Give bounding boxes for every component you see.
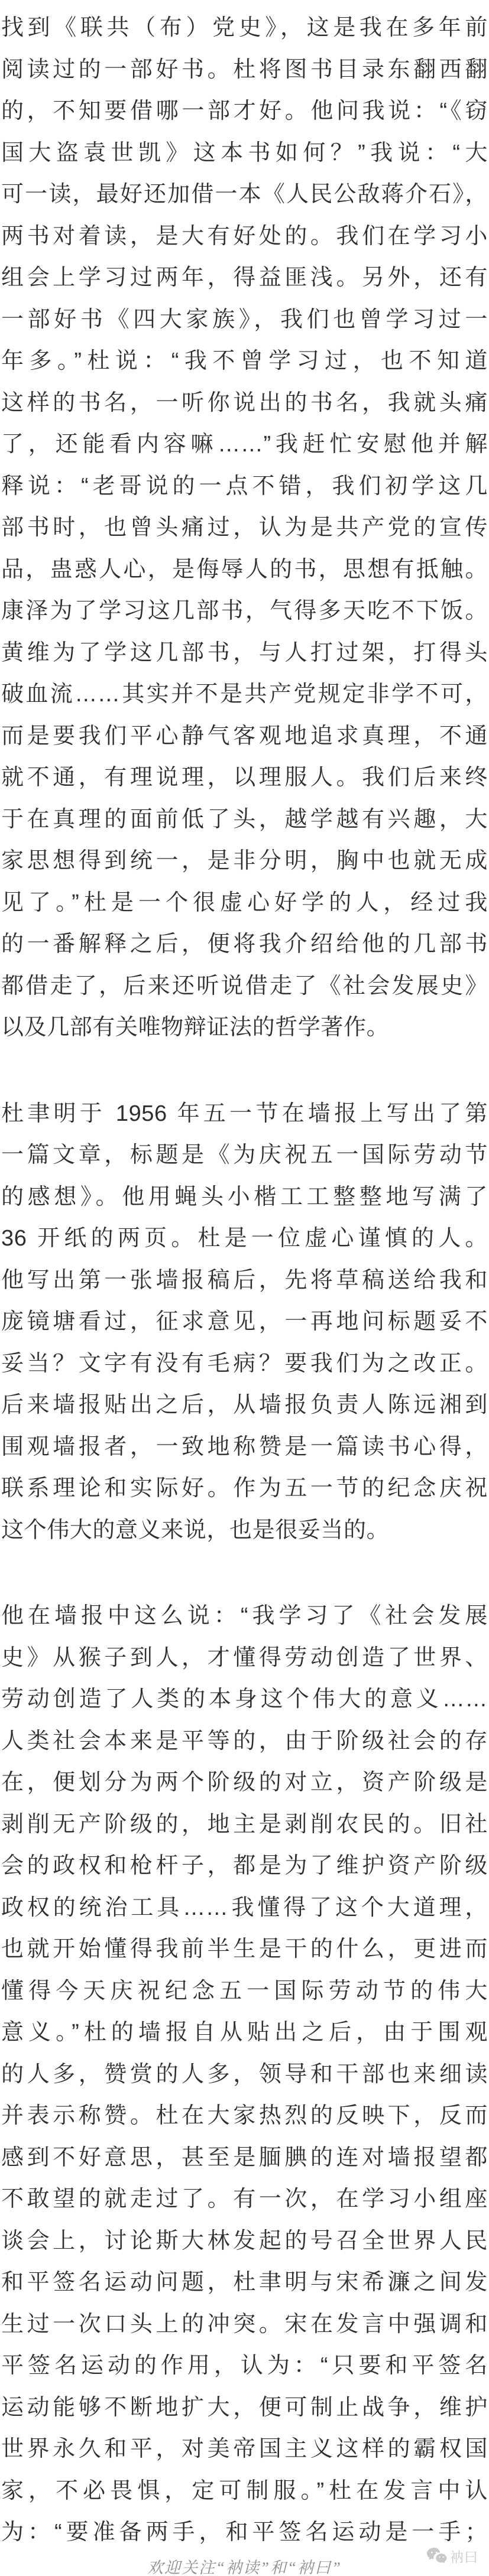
text-line: 康泽为了学习这几部书，气得多天吃不下饭。 bbox=[1, 590, 488, 632]
text-line: 他在墙报中这么说：“我学习了《社会发展 bbox=[1, 1595, 488, 1637]
text-line: 都借走了，后来还听说借走了《社会发展史》 bbox=[1, 965, 488, 1007]
paragraph: 杜聿明于 1956 年五一节在墙报上写出了第一篇文章，标题是《为庆祝五一国际劳动… bbox=[1, 1093, 488, 1552]
text-line: 围观墙报者，一致地称赞是一篇读书心得， bbox=[1, 1426, 488, 1468]
text-line: 黄维为了学这几部书，与人打过架，打得头 bbox=[1, 632, 488, 674]
text-line: 释说：“老哥说的一点不错，我们初学这几 bbox=[1, 466, 488, 508]
text-line: 并表示称赞。杜在大家热烈的反映下，反而 bbox=[1, 2095, 488, 2137]
text-line: 在，便划分为两个阶级的对立，资产阶级是 bbox=[1, 1762, 488, 1804]
text-line: 而是要我们平心静气客观地追求真理，不通 bbox=[1, 715, 488, 757]
text-line: 运动能够不断地扩大，便可制止战争，维护 bbox=[1, 2387, 488, 2429]
text-line: 为：“要准备两手，和平签名运动是一手； bbox=[1, 2512, 488, 2554]
text-line: 36 开纸的两页。杜是一位虚心谨慎的人。 bbox=[1, 1218, 488, 1260]
text-line: 就不通，有理说理，以理服人。我们后来终 bbox=[1, 757, 488, 799]
text-line: 庞镜塘看过，征求意见，一再地问标题妥不 bbox=[1, 1301, 488, 1343]
text-line: 意义。”杜的墙报自从贴出之后，由于围观 bbox=[1, 2012, 488, 2054]
text-line: 世界永久和平，对美帝国主义这样的霸权国 bbox=[1, 2428, 488, 2470]
article-page: { "page": { "background_color": "#ffffff… bbox=[0, 0, 489, 2576]
wechat-bubbles-icon bbox=[426, 2547, 448, 2565]
text-line: 见了。”杜是一个很虚心好学的人，经过我 bbox=[1, 882, 488, 924]
page-footer: 欢迎关注“衲读”和“衲曰” 衲曰 bbox=[0, 2554, 489, 2576]
text-line: 了，还能看内容嘛……”我赶忙安慰他并解 bbox=[1, 424, 488, 466]
article-body: 找到《联共（布）党史》，这是我在多年前阅读过的一部好书。杜将图书目录东翻西翻的，… bbox=[0, 0, 489, 2554]
brand-watermark: 衲曰 bbox=[426, 2546, 478, 2566]
text-line: 的，不知要借哪一部才好。他问我说：“《窃 bbox=[1, 90, 488, 132]
text-line: 组会上学习过两年，得益匪浅。另外，还有 bbox=[1, 257, 488, 299]
paragraph: 找到《联共（布）党史》，这是我在多年前阅读过的一部好书。杜将图书目录东翻西翻的，… bbox=[1, 7, 488, 1049]
brand-watermark-label: 衲曰 bbox=[450, 2546, 478, 2566]
text-line: 生过一次口头上的冲突。宋在发言中强调和 bbox=[1, 2304, 488, 2346]
text-line: 阅读过的一部好书。杜将图书目录东翻西翻 bbox=[1, 49, 488, 91]
text-line: 家，不必畏惧，定可制服。”杜在发言中认 bbox=[1, 2470, 488, 2512]
text-line: 这样的书名，一听你说出的书名，我就头痛 bbox=[1, 382, 488, 424]
paragraph: 他在墙报中这么说：“我学习了《社会发展史》从猴子到人，才懂得劳动创造了世界、劳动… bbox=[1, 1595, 488, 2554]
text-line: 杜聿明于 1956 年五一节在墙报上写出了第 bbox=[1, 1093, 488, 1135]
text-line: 两书对着读，是大有好处的。我们在学习小 bbox=[1, 216, 488, 258]
text-line: 劳动创造了人类的本身这个伟大的意义…… bbox=[1, 1679, 488, 1720]
text-line: 懂得今天庆祝纪念五一国际劳动节的伟大 bbox=[1, 1970, 488, 2012]
text-line: 也就开始懂得我前半生是干的什么，更进而 bbox=[1, 1928, 488, 1970]
text-line: 政权的统治工具……我懂得了这个大道理， bbox=[1, 1887, 488, 1929]
text-line: 以及几部有关唯物辩证法的哲学著作。 bbox=[1, 1007, 488, 1049]
text-line: 联系理论和实际好。作为五一节的纪念庆祝 bbox=[1, 1468, 488, 1510]
text-line: 可一读，最好还加借一本《人民公敌蒋介石》， bbox=[1, 174, 488, 216]
text-line: 感到不好意思，甚至是腼腆的连对墙报望都 bbox=[1, 2137, 488, 2179]
text-line: 一篇文章，标题是《为庆祝五一国际劳动节 bbox=[1, 1134, 488, 1176]
text-line: 家思想得到统一，是非分明，胸中也就无成 bbox=[1, 840, 488, 882]
text-line: 于在真理的面前低了头，越学越有兴趣，大 bbox=[1, 799, 488, 841]
text-line: 部书时，也曾头痛过，认为是共产党的宣传 bbox=[1, 507, 488, 549]
text-line: 破血流……其实并不是共产党规定非学不可， bbox=[1, 674, 488, 715]
text-line: 的人多，赞赏的人多，领导和干部也来细读 bbox=[1, 2054, 488, 2096]
text-line: 后来墙报贴出之后，从墙报负责人陈远湘到 bbox=[1, 1384, 488, 1426]
text-line: 的一番解释之后，便将我介绍给他的几部书 bbox=[1, 923, 488, 965]
text-line: 找到《联共（布）党史》，这是我在多年前 bbox=[1, 7, 488, 49]
text-line: 的感想》。他用蝇头小楷工工整整地写满了 bbox=[1, 1176, 488, 1218]
text-line: 这个伟大的意义来说，也是很妥当的。 bbox=[1, 1510, 488, 1552]
text-line: 妥当？文字有没有毛病？要我们为之改正。 bbox=[1, 1343, 488, 1385]
text-line: 不敢望的就走过了。有一次，在学习小组座 bbox=[1, 2178, 488, 2220]
footer-caption: 欢迎关注“衲读”和“衲曰” bbox=[0, 2555, 489, 2576]
text-line: 国大盗袁世凯》这本书如何？”我说：“大 bbox=[1, 132, 488, 174]
text-line: 和平签名运动问题，杜聿明与宋希濂之间发 bbox=[1, 2262, 488, 2304]
text-line: 谈会上，讨论斯大林发起的号召全世界人民 bbox=[1, 2220, 488, 2262]
text-line: 年多。”杜说：“我不曾学习过，也不知道 bbox=[1, 340, 488, 382]
text-line: 史》从猴子到人，才懂得劳动创造了世界、 bbox=[1, 1637, 488, 1679]
text-line: 一部好书《四大家族》，我们也曾学习过一 bbox=[1, 299, 488, 341]
text-line: 剥削无产阶级的，地主是剥削农民的。旧社 bbox=[1, 1804, 488, 1846]
text-line: 会的政权和枪杆子，都是为了维护资产阶级 bbox=[1, 1845, 488, 1887]
text-line: 平签名运动的作用，认为：“只要和平签名 bbox=[1, 2345, 488, 2387]
text-line: 人类社会本来是平等的，由于阶级社会的存 bbox=[1, 1720, 488, 1762]
text-line: 他写出第一张墙报稿后，先将草稿送给我和 bbox=[1, 1260, 488, 1302]
text-line: 品，蛊惑人心，是侮辱人的书，思想有抵触。 bbox=[1, 549, 488, 591]
